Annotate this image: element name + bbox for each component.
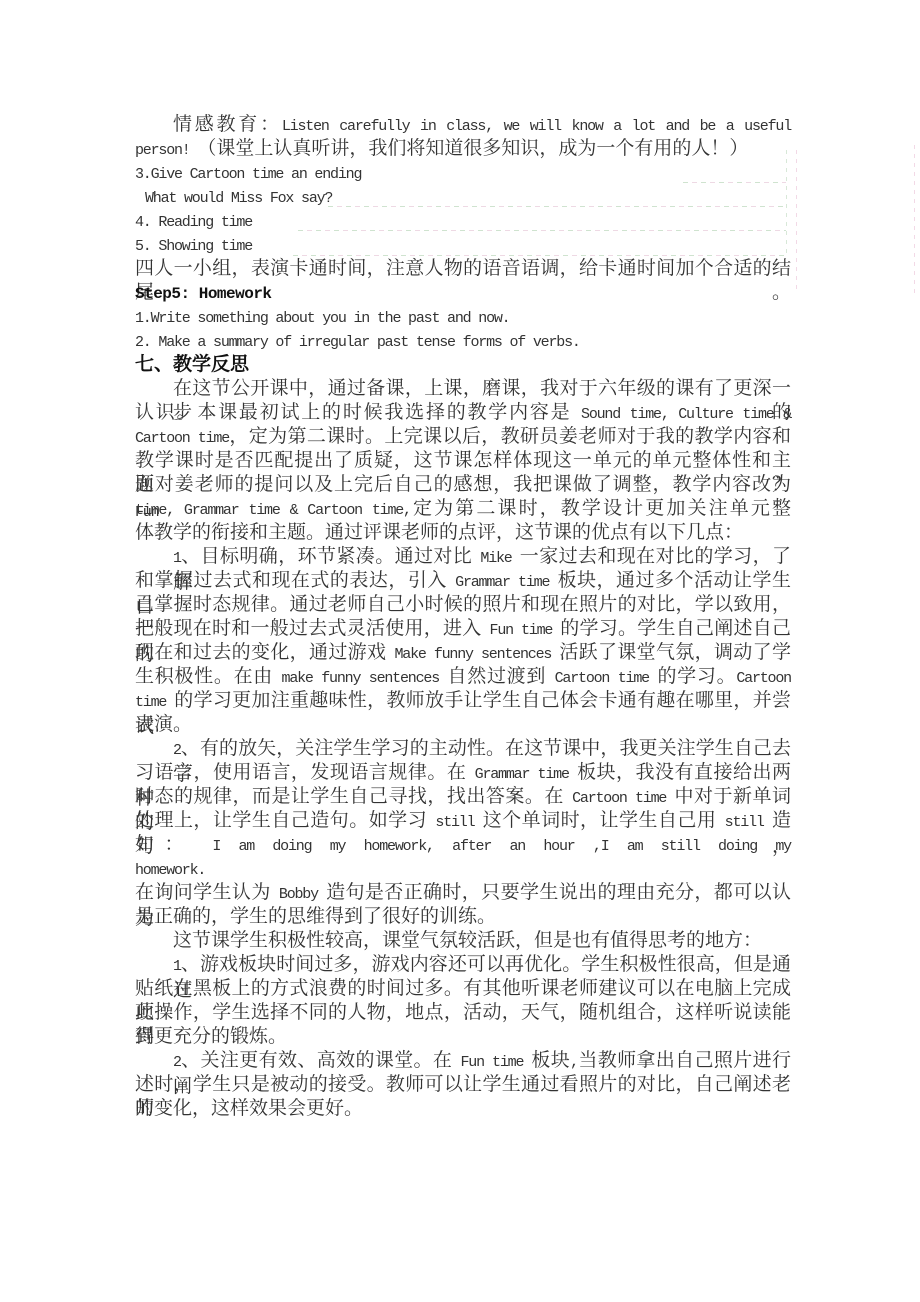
latin-run: Grammar time <box>466 766 577 783</box>
latin-run: still <box>716 814 772 831</box>
latin-run: 3.Give Cartoon time an ending <box>135 166 361 183</box>
text-line: 是正确的，学生的思维得到了很好的训练。 <box>135 905 791 929</box>
text-line: 处理上，让学生自己造句。如学习 still 这个单词时，让学生自己用 still… <box>135 809 791 833</box>
latin-run: Step5: Homework <box>135 285 272 303</box>
text-line: 的变化，这样效果会更好。 <box>135 1097 791 1121</box>
document-page: 情感教育：Listen carefully in class, we will … <box>0 0 920 1302</box>
latin-run: Cartoon time <box>546 670 657 687</box>
text-line: 1.Write something about you in the past … <box>135 305 791 329</box>
text-line: 现在和过去的变化，通过游戏 Make funny sentences 活跃了课堂… <box>135 641 791 665</box>
latin-run: time, Grammar time & Cartoon time, <box>135 502 411 519</box>
text-line: 到更充分的锻炼。 <box>135 1025 791 1049</box>
text-line: 教学课时是否匹配提出了质疑，这节课怎样体现这一单元的单元整体性和主题？ <box>135 449 791 473</box>
latin-run: homework. <box>135 862 205 879</box>
latin-run: make funny sentences <box>273 670 448 687</box>
text-line: 2. Make a summary of irregular past tens… <box>135 329 791 353</box>
text-line: 在询问学生认为 Bobby 造句是否正确时，只要学生说出的理由充分，都可以认为 <box>135 881 791 905</box>
latin-run: Fun time <box>481 622 560 639</box>
latin-run: , <box>570 1054 578 1071</box>
text-line: homework. <box>135 857 791 881</box>
text-line: 2、关注更有效、高效的课堂。在 Fun time 板块,当教师拿出自己照片进行阐 <box>135 1049 791 1073</box>
text-line: 1、目标明确，环节紧凑。通过对比 Mike 一家过去和现在对比的学习，了解 <box>135 545 791 569</box>
text-line: 5. Showing time <box>135 233 791 257</box>
latin-run: 2. Make a summary of irregular past tens… <box>135 334 580 351</box>
text-line: person! （课堂上认真听讲，我们将知道很多知识，成为一个有用的人！） <box>135 137 791 161</box>
latin-run: 1 <box>173 550 181 567</box>
latin-run: Sound time, Culture time & <box>571 406 791 423</box>
latin-run: I am doing my homework, after an hour ,I… <box>194 838 791 855</box>
text-line: 时态的规律，而是让学生自己寻找，找出答案。在 Cartoon time 中对于新… <box>135 785 791 809</box>
text-line: 如： I am doing my homework, after an hour… <box>135 833 791 857</box>
latin-run: time <box>135 694 174 711</box>
text-line: time 的学习更加注重趣味性，教师放手让学生自己体会卡通有趣在哪里，并尝试 <box>135 689 791 713</box>
latin-run: 4. Reading time <box>135 214 252 231</box>
latin-run: 1 <box>173 958 181 975</box>
latin-run: Make funny sentences <box>386 646 559 663</box>
text-line: 和掌握过去式和现在式的表达，引入 Grammar time 板块，通过多个活动让… <box>135 569 791 593</box>
text-line: 在这节公开课中，通过备课，上课，磨课，我对于六年级的课有了更深一步的 <box>135 377 791 401</box>
text-line: time, Grammar time & Cartoon time,定为第二课时… <box>135 497 791 521</box>
table-gridline-v3 <box>914 145 915 295</box>
text-line: 这节课学生积极性较高，课堂气氛较活跃，但是也有值得思考的地方： <box>135 929 791 953</box>
text-line: 四人一小组，表演卡通时间，注意人物的语音语调，给卡通时间加个合适的结尾。 <box>135 257 791 281</box>
latin-run: Grammar time <box>447 574 558 591</box>
text-line: 七、教学反思 <box>135 353 791 377</box>
text-line: 习语言，使用语言，发现语言规律。在 Grammar time 板块，我没有直接给… <box>135 761 791 785</box>
latin-run: Bobby <box>271 886 326 903</box>
document-body: 情感教育：Listen carefully in class, we will … <box>135 113 791 1121</box>
text-line: 贴纸在黑板上的方式浪费的时间过多。有其他听课老师建议可以在电脑上完成此 <box>135 977 791 1001</box>
text-line: What would Miss Fox say? <box>135 185 791 209</box>
latin-run: Fun time <box>452 1054 531 1071</box>
text-line: 表演。 <box>135 713 791 737</box>
text-line: 3.Give Cartoon time an ending <box>135 161 791 185</box>
text-line: 生积极性。在由 make funny sentences 自然过渡到 Carto… <box>135 665 791 689</box>
text-line: 2、有的放矢，关注学生学习的主动性。在这节课中，我更关注学生自己去学 <box>135 737 791 761</box>
text-line: 体教学的衔接和主题。通过评课老师的点评，这节课的优点有以下几点： <box>135 521 791 545</box>
latin-run: Listen carefully in class, we will know … <box>282 118 791 135</box>
text-line: Cartoon time，定为第二课时。上完课以后，教研员姜老师对于我的教学内容… <box>135 425 791 449</box>
text-line: 1、游戏板块时间过多，游戏内容还可以再优化。学生积极性很高，但是通过 <box>135 953 791 977</box>
text-line: 述时，学生只是被动的接受。教师可以让学生通过看照片的对比，自己阐述老师 <box>135 1073 791 1097</box>
latin-run: Cartoon <box>736 670 791 687</box>
latin-run: 5. Showing time <box>135 238 252 255</box>
latin-run: person! <box>135 142 197 159</box>
latin-run: Cartoon time <box>135 430 229 447</box>
table-gridline-v2 <box>796 150 797 290</box>
text-line: 认识。本课最初试上的时候我选择的教学内容是 Sound time, Cultur… <box>135 401 791 425</box>
latin-run: still <box>427 814 483 831</box>
latin-run: 2 <box>173 742 181 759</box>
text-line: 项操作，学生选择不同的人物，地点，活动，天气，随机组合，这样听说读能得 <box>135 1001 791 1025</box>
text-line: 己掌握时态规律。通过老师自己小时候的照片和现在照片的对比，学以致用，把 <box>135 593 791 617</box>
latin-run: 1.Write something about you in the past … <box>135 310 509 327</box>
latin-run: What would Miss Fox say? <box>145 190 332 207</box>
latin-run: Mike <box>472 550 520 567</box>
text-line: 情感教育：Listen carefully in class, we will … <box>135 113 791 137</box>
text-line: 一般现在时和一般过去式灵活使用，进入 Fun time 的学习。学生自己阐述自己… <box>135 617 791 641</box>
latin-run: Cartoon time <box>564 790 675 807</box>
text-line: 4. Reading time <box>135 209 791 233</box>
text-line: 面对姜老师的提问以及上完后自己的感想，我把课做了调整，教学内容改为 Fun <box>135 473 791 497</box>
latin-run: 2 <box>173 1054 181 1071</box>
